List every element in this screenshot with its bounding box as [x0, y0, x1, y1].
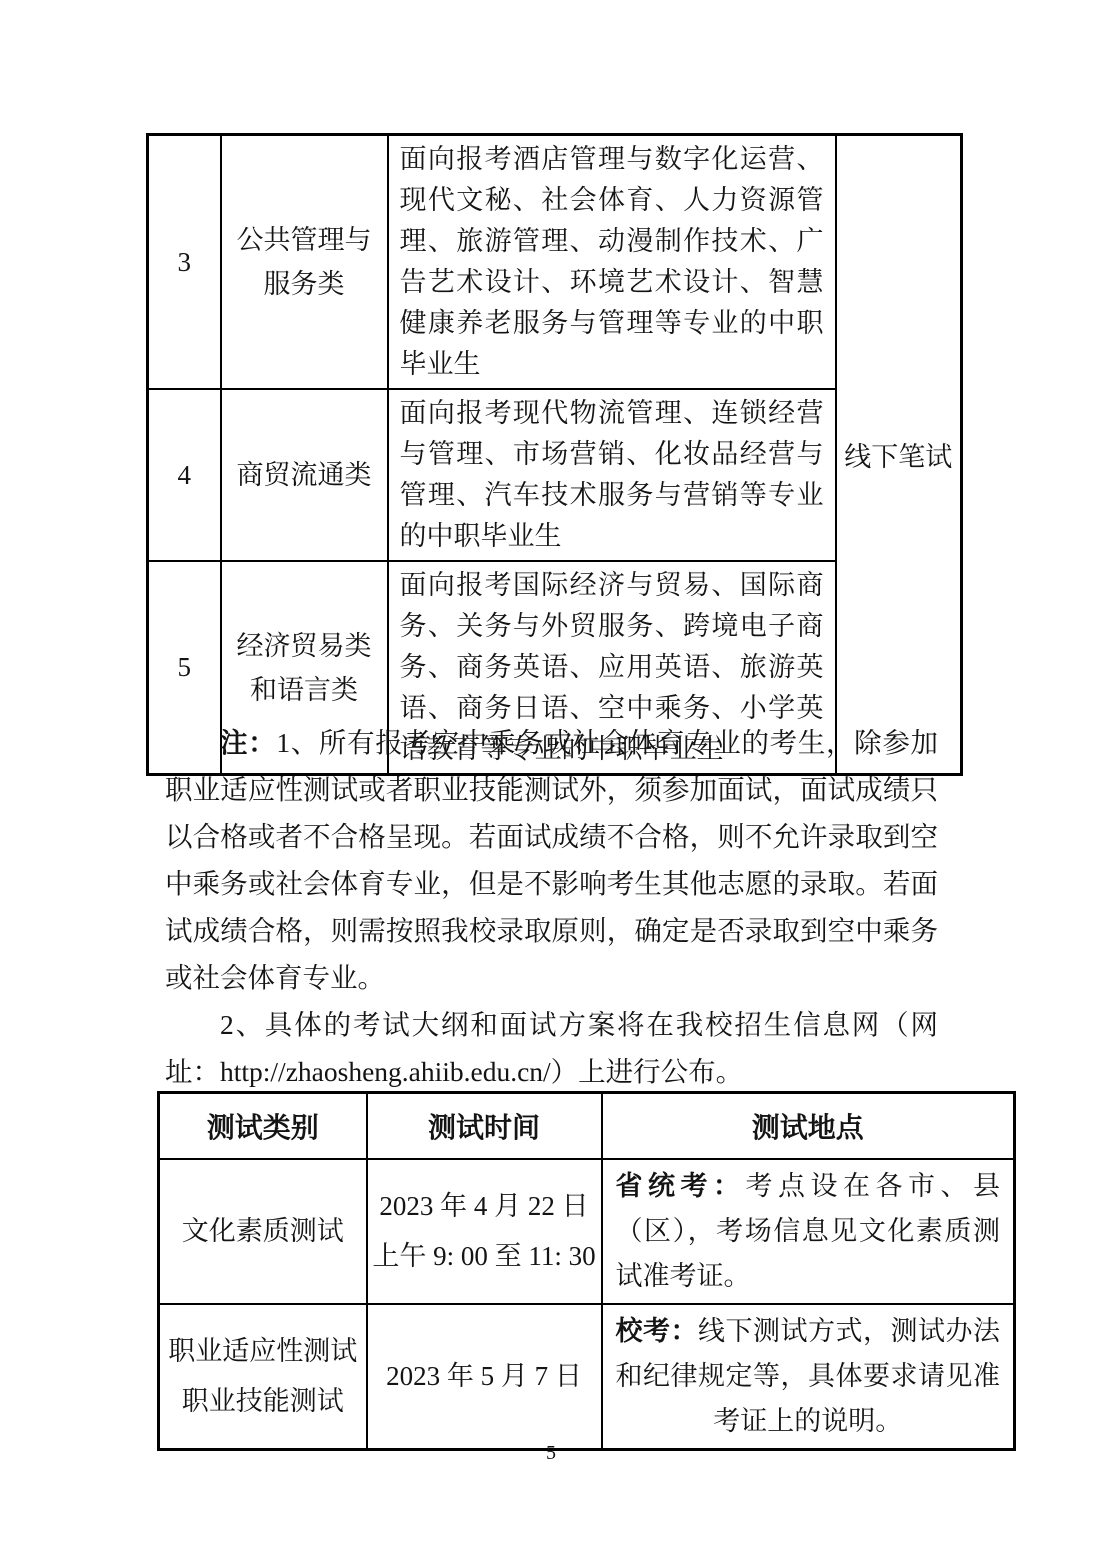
test-time: 2023 年 4 月 22 日 上午 9: 00 至 11: 30 [367, 1159, 602, 1304]
test-place: 校考：线下测试方式，测试办法和纪律规定等，具体要求请见准考证上的说明。 [602, 1304, 1015, 1450]
row-number: 4 [148, 389, 221, 561]
note-label: 注： [220, 727, 276, 758]
note-paragraph-2: 2、具体的考试大纲和面试方案将在我校招生信息网（网址：http://zhaosh… [165, 1001, 938, 1095]
table-row: 文化素质测试 2023 年 4 月 22 日 上午 9: 00 至 11: 30… [159, 1159, 1015, 1304]
majors-description: 面向报考现代物流管理、连锁经营与管理、市场营销、化妆品经营与管理、汽车技术服务与… [388, 389, 836, 561]
schedule-table: 测试类别 测试时间 测试地点 文化素质测试 2023 年 4 月 22 日 上午… [157, 1091, 1016, 1451]
note-paragraph-1: 注：1、所有报考空中乘务或社会体育专业的考生，除参加职业适应性测试或者职业技能测… [165, 719, 938, 1001]
page-number: 5 [0, 1442, 1102, 1465]
test-category: 职业适应性测试 职业技能测试 [159, 1304, 367, 1450]
category-table: 3 公共管理与 服务类 面向报考酒店管理与数字化运营、现代文秘、社会体育、人力资… [146, 133, 963, 776]
table-row: 职业适应性测试 职业技能测试 2023 年 5 月 7 日 校考：线下测试方式，… [159, 1304, 1015, 1450]
header-test-category: 测试类别 [159, 1093, 367, 1159]
note-text-1: 1、所有报考空中乘务或社会体育专业的考生，除参加职业适应性测试或者职业技能测试外… [165, 727, 938, 993]
test-category: 文化素质测试 [159, 1159, 367, 1304]
place-label: 校考： [616, 1316, 699, 1346]
note-text-2: 2、具体的考试大纲和面试方案将在我校招生信息网（网址：http://zhaosh… [165, 1009, 938, 1087]
test-time: 2023 年 5 月 7 日 [367, 1304, 602, 1450]
category-name: 公共管理与 服务类 [221, 135, 388, 390]
table-header-row: 测试类别 测试时间 测试地点 [159, 1093, 1015, 1159]
category-name: 商贸流通类 [221, 389, 388, 561]
notes-block: 注：1、所有报考空中乘务或社会体育专业的考生，除参加职业适应性测试或者职业技能测… [165, 719, 938, 1139]
document-page: 3 公共管理与 服务类 面向报考酒店管理与数字化运营、现代文秘、社会体育、人力资… [0, 0, 1102, 1559]
test-mode-cell: 线下笔试 [836, 135, 962, 775]
table-row: 3 公共管理与 服务类 面向报考酒店管理与数字化运营、现代文秘、社会体育、人力资… [148, 135, 962, 390]
header-test-time: 测试时间 [367, 1093, 602, 1159]
row-number: 3 [148, 135, 221, 390]
place-label: 省统考： [616, 1171, 746, 1201]
test-place: 省统考：考点设在各市、县（区），考场信息见文化素质测试准考证。 [602, 1159, 1015, 1304]
majors-description: 面向报考酒店管理与数字化运营、现代文秘、社会体育、人力资源管理、旅游管理、动漫制… [388, 135, 836, 390]
header-test-place: 测试地点 [602, 1093, 1015, 1159]
